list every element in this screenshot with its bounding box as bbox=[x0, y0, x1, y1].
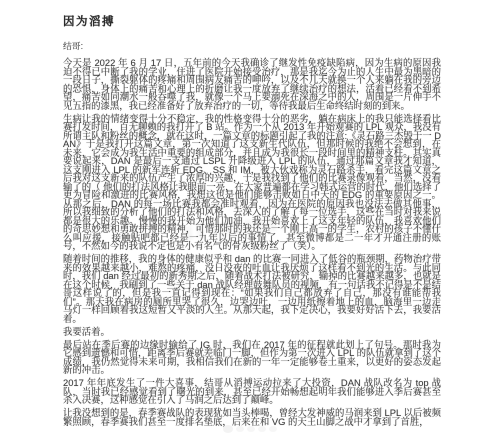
letter-paragraph: 我要活着。 bbox=[63, 328, 441, 337]
letter-paragraph: 今天是 2022 年 6 月 17 日，五年前的今天我确诊了继发性免疫缺陷病，因… bbox=[63, 59, 441, 110]
letter-paragraph: 让我没想到的是，春季赛战队的表现犹如当头棒喝，曾经大发神威的马润来到 LPL 以… bbox=[63, 409, 441, 426]
letter-paragraph: 随着时间的推移，我的身体的健康似乎和 dan 的比赛一同进入了低谷的瓶颈期，药物… bbox=[63, 255, 441, 323]
letter-salutation: 结哥: bbox=[63, 39, 441, 52]
letter-paragraph: 生病让我的情绪变得十分不稳定，我的性格变得十分的恶劣，躺在病床上的我只能选择看比… bbox=[63, 115, 441, 251]
letter-document: 因为滔搏 结哥: 今天是 2022 年 6 月 17 日，五年前的今天我确诊了继… bbox=[63, 13, 441, 431]
letter-paragraph: 最后站在季后赛的边缘时输给了 IG 时，我们在 2017 年的征程就此划上了句号… bbox=[63, 341, 441, 375]
page-title: 因为滔搏 bbox=[63, 13, 441, 29]
letter-paragraph: 2017 年年底发生了一件大喜事，结哥从滔搏运动拉来了大投资，DAN 战队改名为… bbox=[63, 379, 441, 405]
